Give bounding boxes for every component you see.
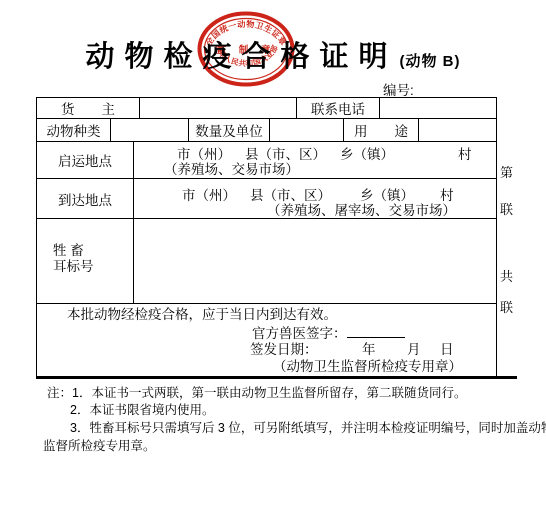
eartag-label-line2: 耳标号 [53, 259, 94, 275]
footnote-3-continued: 监督所检疫专用章。 [43, 439, 156, 454]
origin-town: 乡（镇） [340, 148, 394, 162]
destination-city: 市（州） [182, 189, 236, 203]
footnote-3: 3．牲畜耳标号只需填写后 3 位，可另附纸填写，并注明本检疫证明编号，同时加盖动… [70, 421, 546, 436]
eartag-value-field[interactable] [134, 219, 496, 303]
validity-statement: 本批动物经检疫合格，应于当日内到达有效。 [67, 308, 337, 322]
validity-cell: 本批动物经检疫合格，应于当日内到达有效。 官方兽医签字： 签发日期： 年 月 日… [37, 304, 496, 377]
copy-number-char-4: 联 [500, 297, 513, 316]
origin-village: 村 [458, 148, 472, 162]
vet-signature-field[interactable] [347, 325, 405, 338]
certificate-page: 全国统一动物卫生证章 监 制 章 中华人民共和国农业部 动物检疫合格证明(动物 … [0, 0, 546, 512]
copy-number-char-3: 共 [500, 266, 513, 285]
species-label: 动物种类 [47, 120, 101, 140]
title-row: 动物检疫合格证明(动物 B) [0, 34, 546, 75]
table-row-species: 动物种类 数量及单位 用 途 [37, 119, 496, 142]
origin-venues: （养殖场、交易市场） [164, 163, 299, 177]
quantity-label: 数量及单位 [195, 120, 263, 140]
destination-value-field[interactable]: 市（州） 县（市、区） 乡（镇） 村 （养殖场、屠宰场、交易市场） [134, 179, 496, 218]
usage-label-cell: 用 途 [344, 119, 419, 141]
destination-county: 县（市、区） [250, 189, 331, 203]
quantity-label-cell: 数量及单位 [189, 119, 270, 141]
issue-date-label: 签发日期： [250, 343, 318, 357]
table-bottom-rule [36, 376, 517, 379]
destination-label-cell: 到达地点 [37, 179, 134, 218]
table-row-eartag: 牲 畜 耳标号 [37, 219, 496, 304]
table-row-destination: 到达地点 市（州） 县（市、区） 乡（镇） 村 （养殖场、屠宰场、交易市场） [37, 179, 496, 219]
phone-value-field[interactable] [380, 98, 496, 118]
eartag-label-cell: 牲 畜 耳标号 [37, 219, 134, 303]
species-label-cell: 动物种类 [37, 119, 111, 141]
destination-venues: （养殖场、屠宰场、交易市场） [267, 204, 456, 218]
owner-value-field[interactable] [140, 98, 297, 118]
owner-label-cell: 货 主 [37, 98, 140, 118]
footnote-1: 注：1．本证书一式两联，第一联由动物卫生监督所留存，第二联随货同行。 [47, 386, 466, 401]
destination-town: 乡（镇） [360, 189, 414, 203]
seal-note: （动物卫生监督所检疫专用章） [273, 360, 462, 374]
table-row-origin: 启运地点 市（州） 县（市、区） 乡（镇） 村 （养殖场、交易市场） [37, 142, 496, 179]
vet-signature-row: 官方兽医签字： [252, 325, 405, 341]
table-row-owner: 货 主 联系电话 [37, 98, 496, 119]
issue-date-year-label: 年 [362, 343, 376, 357]
serial-number-row: 编号: [383, 79, 484, 99]
table-row-validity: 本批动物经检疫合格，应于当日内到达有效。 官方兽医签字： 签发日期： 年 月 日… [37, 304, 496, 377]
copy-number-char-2: 联 [500, 199, 513, 218]
phone-label-cell: 联系电话 [297, 98, 380, 118]
quantity-value-field[interactable] [270, 119, 344, 141]
owner-label: 货 主 [61, 98, 115, 118]
footnote-2: 2．本证书限省境内使用。 [70, 403, 214, 418]
usage-value-field[interactable] [419, 119, 496, 141]
certificate-title: 动物检疫合格证明 [85, 41, 397, 73]
origin-label-cell: 启运地点 [37, 142, 134, 178]
origin-value-field[interactable]: 市（州） 县（市、区） 乡（镇） 村 （养殖场、交易市场） [134, 142, 496, 178]
copy-number-char-1: 第 [500, 162, 513, 181]
eartag-label-line1: 牲 畜 [53, 243, 94, 259]
phone-label: 联系电话 [311, 98, 365, 118]
origin-label: 启运地点 [58, 150, 112, 170]
usage-label: 用 途 [354, 120, 408, 140]
issue-date-day-label: 日 [440, 343, 454, 357]
origin-city: 市（州） [177, 148, 231, 162]
destination-label: 到达地点 [58, 189, 112, 209]
certificate-title-suffix: (动物 B) [400, 53, 461, 70]
destination-village: 村 [440, 189, 454, 203]
issue-date-month-label: 月 [407, 343, 421, 357]
serial-number-label: 编号: [383, 83, 414, 98]
vet-signature-label: 官方兽医签字： [252, 326, 347, 341]
eartag-label: 牲 畜 耳标号 [37, 219, 94, 275]
species-value-field[interactable] [111, 119, 189, 141]
certificate-table: 货 主 联系电话 动物种类 数量及单位 用 途 启运地点 市（州） 县（市、区）… [36, 97, 497, 378]
origin-county: 县（市、区） [245, 148, 326, 162]
